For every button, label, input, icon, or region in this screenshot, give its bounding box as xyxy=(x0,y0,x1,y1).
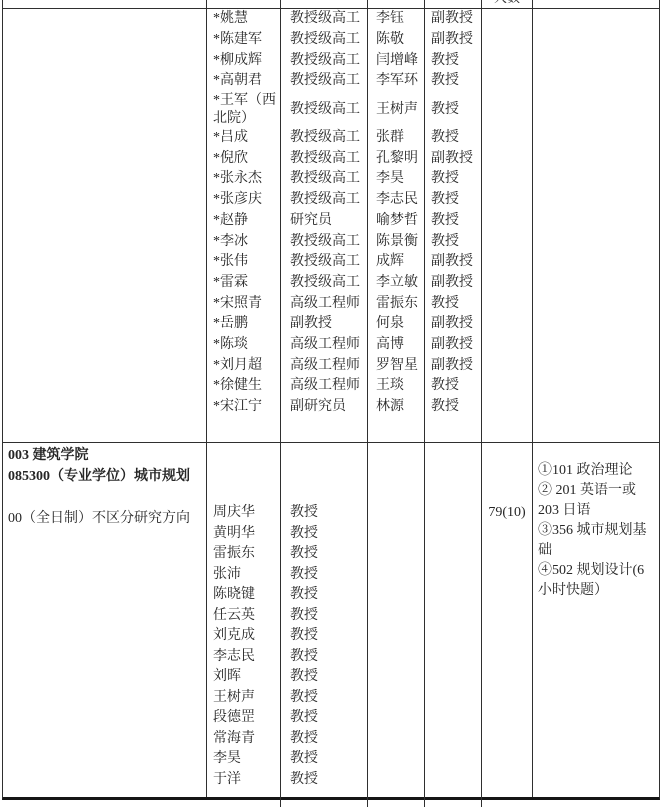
second-supervisor-title: 教授 xyxy=(425,397,482,418)
supervisor-name: *张永杰 xyxy=(207,169,281,190)
faculty-row: *倪欣 教授级高工 孔黎明 副教授 xyxy=(207,148,482,169)
supervisor-title: 教授级高工 xyxy=(281,252,368,273)
supervisor-title: 教授级高工 xyxy=(281,273,368,294)
second-supervisor-title: 副教授 xyxy=(425,314,482,335)
supervisor-title: 教授级高工 xyxy=(281,231,368,252)
supervisor-title: 副研究员 xyxy=(281,397,368,418)
program-code-name: 085300（专业学位）城市规划 xyxy=(8,466,200,487)
supervisor-name: *倪欣 xyxy=(207,148,281,169)
supervisor-title: 高级工程师 xyxy=(281,293,368,314)
second-supervisor-title: 教授 xyxy=(425,231,482,252)
supervisor-name: *刘月超 xyxy=(207,355,281,376)
admissions-table: 人数 *姚慧 教授级高工 李钰 副教授 *陈建军 教授级高工 陈敬 副教授 *柳… xyxy=(2,0,660,800)
section1-faculty-list: *姚慧 教授级高工 李钰 副教授 *陈建军 教授级高工 陈敬 副教授 *柳成辉 … xyxy=(207,9,482,443)
sliver-col-subjects xyxy=(533,0,659,9)
section2-faculty-list: 周庆华 教授 黄明华 教授 雷振东 教授 张沛 教授 陈晓键 教授 xyxy=(207,443,482,797)
supervisor-title: 教授级高工 xyxy=(281,92,368,128)
supervisor-name: 刘克成 xyxy=(207,626,281,647)
second-supervisor-title: 教授 xyxy=(425,71,482,92)
clipped-header-fragment: 人数 xyxy=(482,0,532,5)
second-supervisor-name: 雷振东 xyxy=(368,293,425,314)
second-supervisor-title: 教授 xyxy=(425,128,482,149)
second-supervisor-name: 闫增峰 xyxy=(368,50,425,71)
sliver-col-name-b xyxy=(368,0,425,9)
second-supervisor-title: 教授 xyxy=(425,211,482,232)
sliver-col-name-a xyxy=(207,0,281,9)
supervisor-title: 教授 xyxy=(281,647,368,668)
supervisor-title: 教授 xyxy=(281,565,368,586)
supervisor-name: *岳鹏 xyxy=(207,314,281,335)
exam-subjects-cell: ①101 政治理论 ② 201 英语一或 203 日语 ③356 城市规划基础 … xyxy=(533,443,659,797)
supervisor-name: 周庆华 xyxy=(207,503,281,524)
faculty-row: 常海青 教授 xyxy=(207,729,482,750)
faculty-row: 张沛 教授 xyxy=(207,565,482,586)
section2-info-cell: 003 建筑学院 085300（专业学位）城市规划 00（全日制）不区分研究方向 xyxy=(3,443,207,797)
supervisor-title: 研究员 xyxy=(281,211,368,232)
faculty-row: *王军（西北院） 教授级高工 王树声 教授 xyxy=(207,92,482,128)
supervisor-title: 高级工程师 xyxy=(281,376,368,397)
faculty-row: *宋江宁 副研究员 林源 教授 xyxy=(207,397,482,418)
section1-info-cell xyxy=(3,9,207,443)
faculty-row: *宋照青 高级工程师 雷振东 教授 xyxy=(207,293,482,314)
research-direction: 00（全日制）不区分研究方向 xyxy=(8,508,200,529)
section1-subjects-cell xyxy=(533,9,659,443)
supervisor-name: 段德罡 xyxy=(207,708,281,729)
second-supervisor-name: 陈敬 xyxy=(368,30,425,51)
exam-subject: ③356 城市规划基础 xyxy=(538,521,657,561)
supervisor-name: *赵静 xyxy=(207,211,281,232)
faculty-row: *张永杰 教授级高工 李昊 教授 xyxy=(207,169,482,190)
sliver-col-title-a xyxy=(281,0,368,9)
supervisor-name: *陈琰 xyxy=(207,335,281,356)
faculty-row: 于洋 教授 xyxy=(207,770,482,791)
supervisor-title: 教授级高工 xyxy=(281,148,368,169)
faculty-row: 黄明华 教授 xyxy=(207,524,482,545)
second-supervisor-name: 陈景衡 xyxy=(368,231,425,252)
second-supervisor-title: 教授 xyxy=(425,376,482,397)
second-supervisor-name: 李立敏 xyxy=(368,273,425,294)
supervisor-name: *徐健生 xyxy=(207,376,281,397)
faculty-filler-row xyxy=(207,417,482,442)
supervisor-name: *宋照青 xyxy=(207,293,281,314)
faculty-row: *陈琰 高级工程师 高博 副教授 xyxy=(207,335,482,356)
supervisor-title: 教授 xyxy=(281,585,368,606)
supervisor-name: *姚慧 xyxy=(207,9,281,30)
supervisor-name: 刘晖 xyxy=(207,667,281,688)
supervisor-title: 教授 xyxy=(281,503,368,524)
faculty-row: *吕成 教授级高工 张群 教授 xyxy=(207,128,482,149)
supervisor-title: 副教授 xyxy=(281,314,368,335)
supervisor-name: 常海青 xyxy=(207,729,281,750)
college-code-name: 003 建筑学院 xyxy=(8,445,200,466)
faculty-row: *高朝君 教授级高工 李军环 教授 xyxy=(207,71,482,92)
second-supervisor-name: 张群 xyxy=(368,128,425,149)
faculty-spacer-row xyxy=(207,443,482,503)
faculty-row: *张彦庆 教授级高工 李志民 教授 xyxy=(207,190,482,211)
supervisor-name: 陈晓键 xyxy=(207,585,281,606)
faculty-row: 周庆华 教授 xyxy=(207,503,482,524)
supervisor-title: 教授 xyxy=(281,667,368,688)
second-supervisor-name: 李昊 xyxy=(368,169,425,190)
second-supervisor-title: 教授 xyxy=(425,190,482,211)
faculty-row: 任云英 教授 xyxy=(207,606,482,627)
second-supervisor-title: 教授 xyxy=(425,169,482,190)
section1-quota-cell xyxy=(482,9,533,443)
exam-subject: ①101 政治理论 xyxy=(538,461,657,481)
faculty-row: *岳鹏 副教授 何泉 副教授 xyxy=(207,314,482,335)
supervisor-title: 教授 xyxy=(281,729,368,750)
faculty-row: 雷振东 教授 xyxy=(207,544,482,565)
supervisor-name: *陈建军 xyxy=(207,30,281,51)
faculty-row: 刘晖 教授 xyxy=(207,667,482,688)
supervisor-title: 教授 xyxy=(281,626,368,647)
supervisor-name: *张伟 xyxy=(207,252,281,273)
second-supervisor-name: 喻梦哲 xyxy=(368,211,425,232)
second-supervisor-name: 王树声 xyxy=(368,92,425,128)
second-supervisor-title: 教授 xyxy=(425,293,482,314)
second-supervisor-title: 副教授 xyxy=(425,30,482,51)
second-supervisor-name: 林源 xyxy=(368,397,425,418)
second-supervisor-name: 成辉 xyxy=(368,252,425,273)
faculty-filler-row xyxy=(207,790,482,807)
faculty-row: *刘月超 高级工程师 罗智星 副教授 xyxy=(207,355,482,376)
second-supervisor-name: 何泉 xyxy=(368,314,425,335)
second-supervisor-name: 李军环 xyxy=(368,71,425,92)
supervisor-title: 教授 xyxy=(281,606,368,627)
faculty-row: *赵静 研究员 喻梦哲 教授 xyxy=(207,211,482,232)
supervisor-title: 教授 xyxy=(281,524,368,545)
supervisor-name: *雷霖 xyxy=(207,273,281,294)
sliver-col-section xyxy=(3,0,207,9)
supervisor-title: 教授 xyxy=(281,544,368,565)
faculty-row: *李冰 教授级高工 陈景衡 教授 xyxy=(207,231,482,252)
faculty-row: 陈晓键 教授 xyxy=(207,585,482,606)
supervisor-name: *王军（西北院） xyxy=(207,92,281,128)
second-supervisor-title: 副教授 xyxy=(425,9,482,30)
supervisor-title: 教授 xyxy=(281,770,368,791)
supervisor-name: 王树声 xyxy=(207,688,281,709)
supervisor-title: 教授级高工 xyxy=(281,30,368,51)
second-supervisor-title: 副教授 xyxy=(425,252,482,273)
supervisor-name: *宋江宁 xyxy=(207,397,281,418)
faculty-row: 刘克成 教授 xyxy=(207,626,482,647)
second-supervisor-name: 高博 xyxy=(368,335,425,356)
exam-subject: ④502 规划设计(6 小时快题） xyxy=(538,561,657,601)
faculty-row: *张伟 教授级高工 成辉 副教授 xyxy=(207,252,482,273)
supervisor-title: 高级工程师 xyxy=(281,335,368,356)
faculty-row: 李昊 教授 xyxy=(207,749,482,770)
second-supervisor-title: 副教授 xyxy=(425,355,482,376)
faculty-row: *雷霖 教授级高工 李立敏 副教授 xyxy=(207,273,482,294)
supervisor-name: *张彦庆 xyxy=(207,190,281,211)
second-supervisor-title: 副教授 xyxy=(425,148,482,169)
second-supervisor-title: 教授 xyxy=(425,50,482,71)
second-supervisor-name: 罗智星 xyxy=(368,355,425,376)
supervisor-title: 教授级高工 xyxy=(281,9,368,30)
second-supervisor-name: 李钰 xyxy=(368,9,425,30)
second-supervisor-name: 李志民 xyxy=(368,190,425,211)
faculty-row: *陈建军 教授级高工 陈敬 副教授 xyxy=(207,30,482,51)
supervisor-title: 教授级高工 xyxy=(281,50,368,71)
faculty-row: 王树声 教授 xyxy=(207,688,482,709)
faculty-row: 段德罡 教授 xyxy=(207,708,482,729)
second-supervisor-title: 副教授 xyxy=(425,273,482,294)
supervisor-name: 于洋 xyxy=(207,770,281,791)
second-supervisor-title: 副教授 xyxy=(425,335,482,356)
spacer xyxy=(8,487,200,508)
exam-subject: ② 201 英语一或 203 日语 xyxy=(538,481,657,521)
supervisor-title: 教授级高工 xyxy=(281,190,368,211)
supervisor-name: *吕成 xyxy=(207,128,281,149)
second-supervisor-name: 孔黎明 xyxy=(368,148,425,169)
supervisor-title: 教授 xyxy=(281,749,368,770)
second-supervisor-title: 教授 xyxy=(425,92,482,128)
faculty-row: 李志民 教授 xyxy=(207,647,482,668)
supervisor-name: 雷振东 xyxy=(207,544,281,565)
supervisor-title: 教授 xyxy=(281,708,368,729)
supervisor-name: 任云英 xyxy=(207,606,281,627)
faculty-row: *徐健生 高级工程师 王琰 教授 xyxy=(207,376,482,397)
supervisor-name: 黄明华 xyxy=(207,524,281,545)
faculty-row: *柳成辉 教授级高工 闫增峰 教授 xyxy=(207,50,482,71)
supervisor-name: *柳成辉 xyxy=(207,50,281,71)
supervisor-title: 教授 xyxy=(281,688,368,709)
second-supervisor-name: 王琰 xyxy=(368,376,425,397)
supervisor-name: 张沛 xyxy=(207,565,281,586)
faculty-row: *姚慧 教授级高工 李钰 副教授 xyxy=(207,9,482,30)
admission-quota: 79(10) xyxy=(482,443,533,797)
supervisor-name: 李昊 xyxy=(207,749,281,770)
supervisor-name: *高朝君 xyxy=(207,71,281,92)
supervisor-title: 高级工程师 xyxy=(281,355,368,376)
sliver-col-quota: 人数 xyxy=(482,0,533,9)
supervisor-title: 教授级高工 xyxy=(281,71,368,92)
supervisor-title: 教授级高工 xyxy=(281,128,368,149)
supervisor-title: 教授级高工 xyxy=(281,169,368,190)
supervisor-name: *李冰 xyxy=(207,231,281,252)
sliver-col-title-b xyxy=(425,0,482,9)
supervisor-name: 李志民 xyxy=(207,647,281,668)
